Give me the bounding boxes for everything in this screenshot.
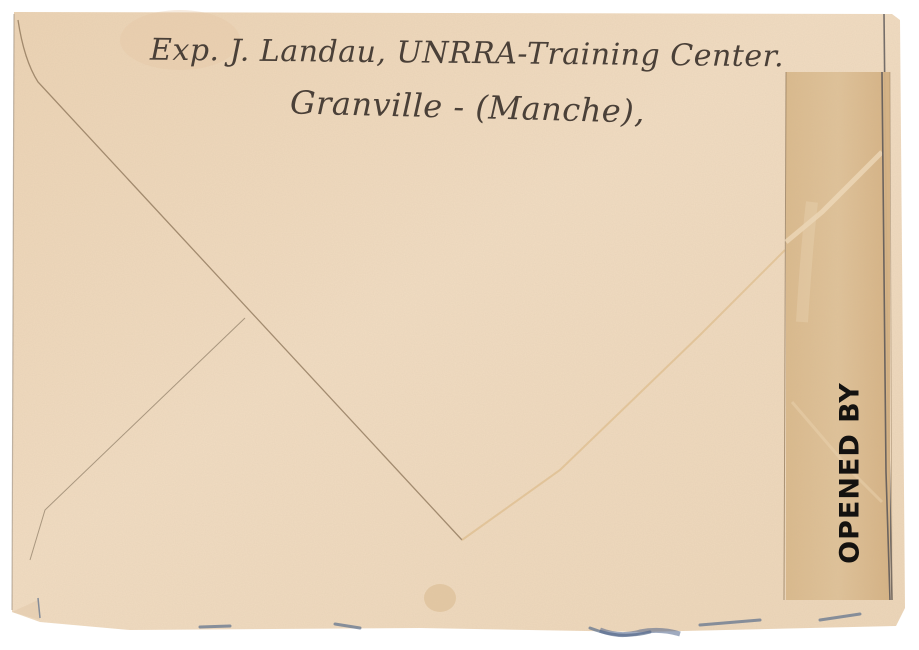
image-canvas: OPENED BY Exp. J. Landau, UNRRA-Training… bbox=[0, 0, 919, 650]
censor-label: OPENED BY bbox=[832, 384, 868, 562]
sender-address-line-1: Exp. J. Landau, UNRRA-Training Center. bbox=[150, 33, 784, 75]
opened-by-text: OPENED BY bbox=[835, 382, 866, 564]
